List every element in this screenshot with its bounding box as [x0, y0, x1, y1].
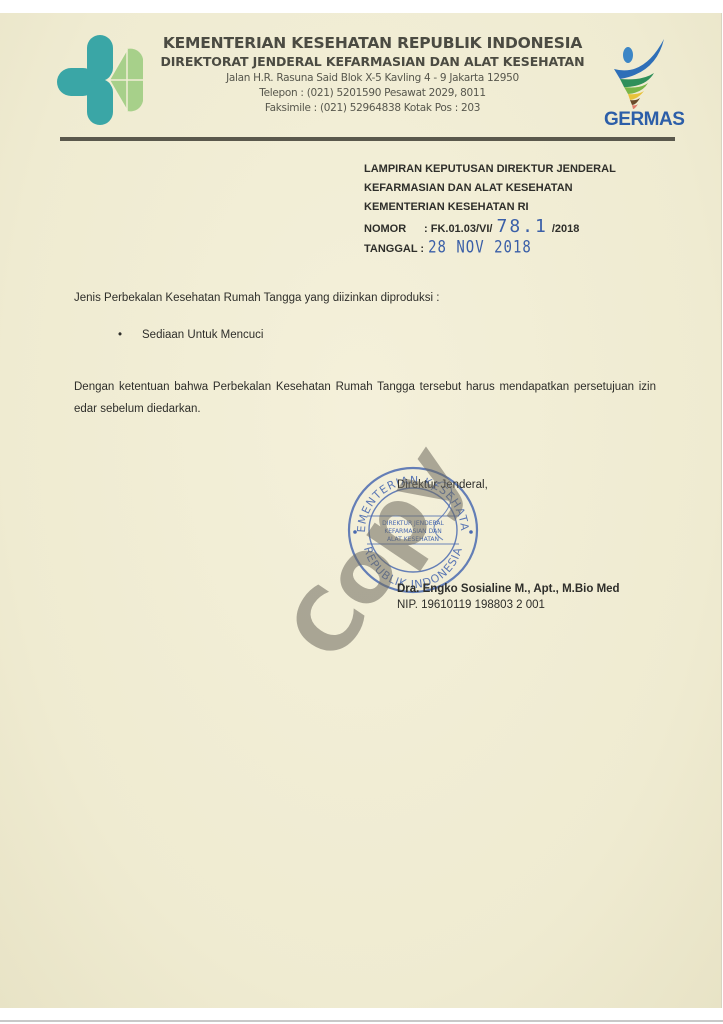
nomor-suffix: /2018 [552, 220, 580, 239]
phone: Telepon : (021) 5201590 Pesawat 2029, 80… [150, 86, 595, 101]
germas-label: GERMAS [604, 109, 680, 131]
address: Jalan H.R. Rasuna Said Blok X-5 Kavling … [150, 71, 595, 86]
signatory-nip: NIP. 19610119 198803 2 001 [397, 599, 545, 611]
letterhead-divider [60, 137, 675, 141]
germas-logo: GERMAS [604, 33, 680, 131]
ministry-name: KEMENTERIAN KESEHATAN REPUBLIK INDONESIA [150, 33, 595, 53]
directorate-name: DIREKTORAT JENDERAL KEFARMASIAN DAN ALAT… [150, 53, 595, 71]
intro-text: Jenis Perbekalan Kesehatan Rumah Tangga … [74, 287, 439, 309]
list-item-text: Sediaan Untuk Mencuci [142, 324, 263, 346]
attachment-line-2: KEFARMASIAN DAN ALAT KESEHATAN [364, 179, 616, 198]
kemenkes-logo-icon [57, 35, 147, 125]
seal-inner-2: KEFARMASIAN DAN [384, 528, 441, 535]
bullet-icon: • [118, 324, 142, 346]
document-page: KEMENTERIAN KESEHATAN REPUBLIK INDONESIA… [0, 13, 722, 1008]
nomor-row: NOMOR : FK.01.03/VI/ 78.1 /2018 [364, 217, 616, 239]
seal-inner-3: ALAT KESEHATAN [387, 536, 439, 543]
fax: Faksimile : (021) 52964838 Kotak Pos : 2… [150, 101, 595, 116]
attachment-line-1: LAMPIRAN KEPUTUSAN DIREKTUR JENDERAL [364, 160, 616, 179]
list-item: • Sediaan Untuk Mencuci [118, 324, 263, 346]
tanggal-stamp: 28 NOV 2018 [428, 237, 532, 260]
nomor-stamp: 78.1 [496, 217, 547, 236]
condition-text: Dengan ketentuan bahwa Perbekalan Keseha… [74, 376, 656, 420]
tanggal-row: TANGGAL : 28 NOV 2018 [364, 239, 616, 259]
bottom-border [0, 1020, 723, 1022]
tanggal-label: TANGGAL : [364, 240, 424, 259]
attachment-header: LAMPIRAN KEPUTUSAN DIREKTUR JENDERAL KEF… [364, 160, 616, 259]
signatory-name: Dra. Engko Sosialine M., Apt., M.Bio Med [397, 583, 620, 595]
nomor-label: NOMOR [364, 220, 424, 239]
germas-figure-icon [604, 33, 680, 109]
attachment-line-3: KEMENTERIAN KESEHATAN RI [364, 198, 616, 217]
signatory-title: Direktur Jenderal, [397, 479, 488, 491]
letterhead: KEMENTERIAN KESEHATAN REPUBLIK INDONESIA… [150, 33, 595, 116]
